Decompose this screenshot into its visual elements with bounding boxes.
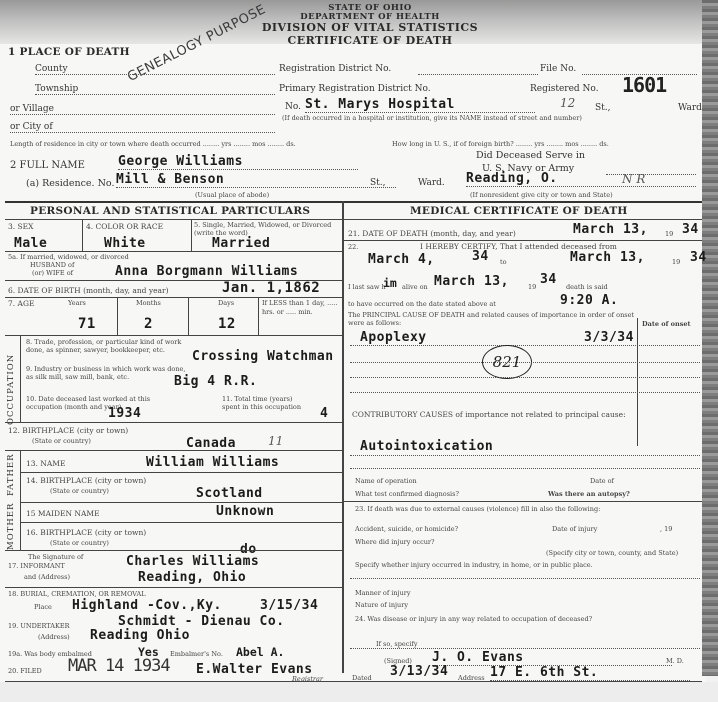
center-divider xyxy=(342,201,344,673)
industry-question: Specify whether injury occurred in indus… xyxy=(355,561,593,569)
informant-label-1: The Signature of xyxy=(28,553,83,561)
cause-line xyxy=(350,455,700,456)
row-divider xyxy=(5,251,342,252)
cause-line xyxy=(350,345,700,346)
onset-label: Date of onset xyxy=(642,320,691,328)
answer-line xyxy=(350,578,700,579)
burial-date: 3/15/34 xyxy=(260,598,318,613)
city-field: or City of xyxy=(10,122,275,133)
cause-line xyxy=(350,392,700,393)
attended-from: March 4, xyxy=(368,252,435,267)
occurred-label: to have occurred on the date stated abov… xyxy=(348,300,496,308)
usual-abode-note: (Usual place of abode) xyxy=(195,191,269,199)
burial-label: 18. BURIAL, CREMATION, OR REMOVAL xyxy=(8,590,146,598)
ward-mark: 12 xyxy=(560,96,575,110)
death-certificate: STATE OF OHIO DEPARTMENT OF HEALTH DIVIS… xyxy=(0,0,706,682)
dod-year: 34 xyxy=(682,222,699,237)
death-time: 9:20 A. xyxy=(560,293,618,308)
attended-from-year: 34 xyxy=(472,249,489,264)
residence-city-mark: N R xyxy=(622,172,645,186)
row-divider xyxy=(343,240,702,241)
dob-value: Jan. 1,1862 xyxy=(222,280,320,296)
embalmer-value: Abel A. xyxy=(236,645,284,659)
st-label: St., xyxy=(595,103,611,113)
less-than-label: If LESS than 1 day, ..... hrs. or ..... … xyxy=(262,299,340,317)
father-birthplace: Scotland xyxy=(196,486,263,501)
certificate-title: CERTIFICATE OF DEATH xyxy=(230,34,510,47)
physician-address: 17 E. 6th St. xyxy=(490,665,690,681)
dod-value: March 13, xyxy=(573,222,648,237)
village-field: or Village xyxy=(10,104,275,115)
mother-birthplace-label: 16. BIRTHPLACE (city or town) xyxy=(26,528,146,537)
township-field: Township xyxy=(35,84,275,95)
cause-line xyxy=(350,377,700,378)
row-divider xyxy=(5,450,342,451)
principal-cause: Apoplexy xyxy=(360,330,427,345)
last-saw-year-prefix: 19 xyxy=(528,283,536,291)
operation-label: Name of operation xyxy=(355,477,417,485)
father-side-label: FATHER xyxy=(6,452,16,496)
attended-to-year-prefix: 19 xyxy=(672,258,680,266)
personal-section-title: PERSONAL AND STATISTICAL PARTICULARS xyxy=(30,205,310,217)
medical-section-title: MEDICAL CERTIFICATE OF DEATH xyxy=(410,205,628,217)
test-label: What test confirmed diagnosis? xyxy=(355,490,459,498)
title-underline xyxy=(5,219,702,220)
accident-label: Accident, suicide, or homicide? xyxy=(355,525,458,533)
county-label: County xyxy=(35,64,68,74)
residence-st-label: St., xyxy=(370,178,386,188)
trade-value: Crossing Watchman xyxy=(192,349,334,364)
father-birthplace-label: 14. BIRTHPLACE (city or town) xyxy=(26,476,146,485)
marital-value: Married xyxy=(212,236,270,251)
attended-to: March 13, xyxy=(570,250,645,265)
page-margin xyxy=(0,682,718,702)
residence-ward-label: Ward. xyxy=(418,178,445,188)
full-name-label: 2 FULL NAME xyxy=(10,160,85,171)
hospital-name: St. Marys Hospital xyxy=(305,97,535,113)
residence-length: Length of residence in city or town wher… xyxy=(10,140,296,148)
birthplace-mark: 11 xyxy=(268,434,283,448)
section-divider xyxy=(5,201,702,203)
last-saw-pronoun: im xyxy=(383,276,397,290)
mother-maiden-label: 15 MAIDEN NAME xyxy=(26,509,100,518)
row-divider xyxy=(5,587,342,588)
residence-value: Mill & Benson xyxy=(116,172,396,188)
industry-label: 9. Industry or business in which work wa… xyxy=(26,365,186,381)
military-question: Did Deceased Serve in xyxy=(476,150,585,161)
age-years: 71 xyxy=(78,316,96,332)
file-no-label: File No. xyxy=(540,64,576,74)
place-of-death-label: 1 PLACE OF DEATH xyxy=(8,46,130,58)
external-causes-label: 23. If death was due to external causes … xyxy=(355,505,695,513)
alive-on-label: alive on xyxy=(402,283,428,291)
row-divider xyxy=(5,550,342,551)
specify-label: If so, specify xyxy=(376,640,418,648)
age-label: 7. AGE xyxy=(8,299,34,308)
undertaker-label: 19. UNDERTAKER xyxy=(8,622,69,630)
informant-label-3: and (Address) xyxy=(24,573,70,581)
sex-label: 3. SEX xyxy=(8,222,34,231)
to-label: to xyxy=(500,258,507,266)
city-label: or City of xyxy=(10,122,53,132)
row-divider xyxy=(20,522,342,523)
last-saw-label: I last saw h xyxy=(348,283,386,291)
burial-place-label: Place xyxy=(34,603,52,611)
cause-line xyxy=(350,468,700,469)
attended-to-year: 34 xyxy=(690,250,707,265)
registered-number: 1601 xyxy=(622,73,666,97)
cell-divider xyxy=(258,297,259,335)
reg-district-line xyxy=(418,74,538,75)
filed-date: MAR 14 1934 xyxy=(68,656,170,676)
date-of-label: Date of xyxy=(590,477,614,485)
mother-side-label: MOTHER xyxy=(6,500,16,550)
contributory-label: CONTRIBUTORY CAUSES of importance not re… xyxy=(352,410,626,419)
row-divider xyxy=(343,501,702,502)
side-divider xyxy=(20,450,21,550)
nonresident-note: (If nonresident give city or town and St… xyxy=(470,191,613,199)
mother-birthplace-sub: (State or country) xyxy=(50,539,109,547)
years-label: Years xyxy=(68,299,86,307)
county-field: County xyxy=(35,64,275,75)
spouse-label-1: 5a. If married, widowed, or divorced xyxy=(8,253,129,261)
days-label: Days xyxy=(218,299,234,307)
undertaker-name: Schmidt - Dienau Co. xyxy=(118,614,285,629)
undertaker-address-label: (Address) xyxy=(38,633,70,641)
last-saw-date: March 13, xyxy=(434,274,509,289)
cell-divider xyxy=(188,297,189,335)
color-value: White xyxy=(104,236,146,251)
father-birthplace-sub: (State or country) xyxy=(50,487,109,495)
injury-where-label: Where did injury occur? xyxy=(355,538,435,546)
last-saw-year: 34 xyxy=(540,272,557,287)
hospital-note: (If death occurred in a hospital or inst… xyxy=(282,114,582,122)
age-days: 12 xyxy=(218,316,236,332)
spouse-label-3: (or) WIFE of xyxy=(32,269,73,277)
informant-label-2: 17. INFORMANT xyxy=(8,562,65,570)
industry-value: Big 4 R.R. xyxy=(174,374,257,389)
division-heading: DIVISION OF VITAL STATISTICS xyxy=(230,21,510,34)
ward-label: Ward xyxy=(678,103,702,113)
last-worked-label: 10. Date deceased last worked at this oc… xyxy=(26,395,186,411)
cell-divider xyxy=(82,219,83,251)
sex-value: Male xyxy=(14,236,47,251)
cell-divider xyxy=(191,219,192,251)
township-label: Township xyxy=(35,84,78,94)
foreign-birth: How long in U. S., if of foreign birth? … xyxy=(392,140,609,148)
hospital-no-label: No. xyxy=(285,102,301,112)
residence-label: (a) Residence. No. xyxy=(26,178,114,189)
scan-edge xyxy=(702,0,718,676)
full-name: George Williams xyxy=(118,154,358,170)
birthplace-sub: (State or country) xyxy=(32,437,91,445)
spouse-label-2: HUSBAND of xyxy=(30,261,74,269)
months-label: Months xyxy=(136,299,161,307)
father-name-label: 13. NAME xyxy=(26,459,65,468)
birthplace-value: Canada xyxy=(186,436,236,451)
contributory-cause: Autointoxication xyxy=(360,439,493,454)
cause-label: The PRINCIPAL CAUSE OF DEATH and related… xyxy=(348,311,648,327)
informant-name: Charles Williams xyxy=(126,554,259,569)
onset-divider xyxy=(637,318,638,446)
manner-label: Manner of injury xyxy=(355,589,411,597)
death-said-label: death is said xyxy=(566,283,608,291)
birthplace-label: 12. BIRTHPLACE (city or town) xyxy=(8,426,128,435)
marital-label: 5. Single, Married, Widowed, or Divorced… xyxy=(194,221,342,237)
undertaker-address: Reading Ohio xyxy=(90,628,190,643)
cause-line xyxy=(350,362,700,363)
dod-year-prefix: 19 xyxy=(665,230,673,238)
occupation-side-label: OCCUPATION xyxy=(6,345,16,425)
row-divider xyxy=(5,422,342,423)
side-divider xyxy=(20,335,21,422)
row-divider xyxy=(5,297,342,298)
total-time-label: 11. Total time (years) spent in this occ… xyxy=(222,395,312,411)
autopsy-label: Was there an autopsy? xyxy=(548,490,630,498)
father-name: William Williams xyxy=(146,455,279,470)
certificate-date: 3/13/34 xyxy=(390,664,448,679)
cell-divider xyxy=(117,297,118,335)
color-label: 4. COLOR OR RACE xyxy=(86,222,163,231)
mother-maiden: Unknown xyxy=(216,504,274,519)
cause-onset: 3/3/34 xyxy=(584,330,634,345)
occupation-question: 24. Was disease or injury in any way rel… xyxy=(355,615,592,623)
primary-reg-label: Primary Registration District No. xyxy=(279,84,431,94)
row-divider xyxy=(5,335,342,336)
spouse-name: Anna Borgmann Williams xyxy=(115,264,298,279)
embalmer-label: Embalmer's No. xyxy=(170,650,223,658)
nature-label: Nature of injury xyxy=(355,601,408,609)
injury-where-sub: (Specify city or town, county, and State… xyxy=(546,549,678,557)
filed-label: 20. FILED xyxy=(8,667,42,675)
burial-place: Highland -Cov.,Ky. xyxy=(72,598,222,613)
reg-district-label: Registration District No. xyxy=(279,64,391,74)
age-months: 2 xyxy=(144,316,153,332)
dob-label: 6. DATE OF BIRTH (month, day, and year) xyxy=(8,286,169,295)
row-divider xyxy=(20,472,342,473)
last-worked-value: 1934 xyxy=(108,406,141,421)
village-label: or Village xyxy=(10,104,54,114)
informant-address: Reading, Ohio xyxy=(138,570,246,585)
trade-label: 8. Trade, profession, or particular kind… xyxy=(26,338,186,354)
dod-label: 21. DATE OF DEATH (month, day, and year) xyxy=(348,229,516,238)
md-label: M. D. xyxy=(666,657,684,665)
row-divider xyxy=(20,502,342,503)
injury-year: , 19 xyxy=(660,525,672,533)
answer-line xyxy=(350,648,700,649)
certify-number: 22. xyxy=(348,243,358,251)
registered-no-label: Registered No. xyxy=(530,84,599,94)
injury-date-label: Date of injury xyxy=(552,525,597,533)
total-time-value: 4 xyxy=(320,406,328,421)
physician-signature: J. O. Evans xyxy=(432,650,672,666)
residence-city: Reading, O. xyxy=(466,171,696,187)
